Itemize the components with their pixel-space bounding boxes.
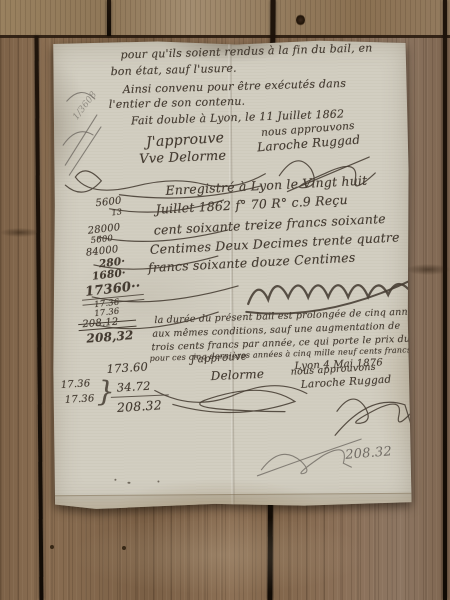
para1-line: pour qu'ils soient rendus à la fin du ba… xyxy=(120,41,372,61)
totals-brace: } xyxy=(97,375,115,408)
document-paper: 1/3608 pour qu'ils soient rendus à la fi… xyxy=(52,40,410,508)
decime-value: 17.36 xyxy=(65,393,95,406)
plank-gap xyxy=(107,0,111,36)
ink-speck xyxy=(114,479,116,481)
para1-line: bon état, sauf l'usure. xyxy=(110,62,237,79)
total-fee: 173.60 xyxy=(106,360,148,376)
paper-sheet: 1/3608 pour qu'ils soient rendus à la fi… xyxy=(50,39,411,509)
wood-nail-hole xyxy=(50,545,54,549)
wood-grain-band xyxy=(406,264,450,275)
wood-weathered-patch xyxy=(70,515,370,595)
plank-horizontal-joint xyxy=(0,35,450,38)
ink-speck xyxy=(157,481,159,483)
plank-gap xyxy=(443,0,447,600)
paper-bottom-fold-edge xyxy=(54,493,412,509)
photo-of-document: 1/3608 pour qu'ils soient rendus à la fi… xyxy=(0,0,450,600)
wood-nail-hole xyxy=(122,546,126,550)
para1-line: Ainsi convenu pour être exécutés dans xyxy=(123,77,347,96)
ink-speck xyxy=(127,482,130,484)
wood-plank-top-row xyxy=(0,0,450,35)
para1-line: l'entier de son contenu. xyxy=(109,95,246,111)
bottom-total-pencil: 208.32 xyxy=(345,444,393,463)
wood-grain-band xyxy=(0,228,40,237)
decime-value: 17.36 xyxy=(60,378,90,391)
wood-knot xyxy=(296,14,305,26)
